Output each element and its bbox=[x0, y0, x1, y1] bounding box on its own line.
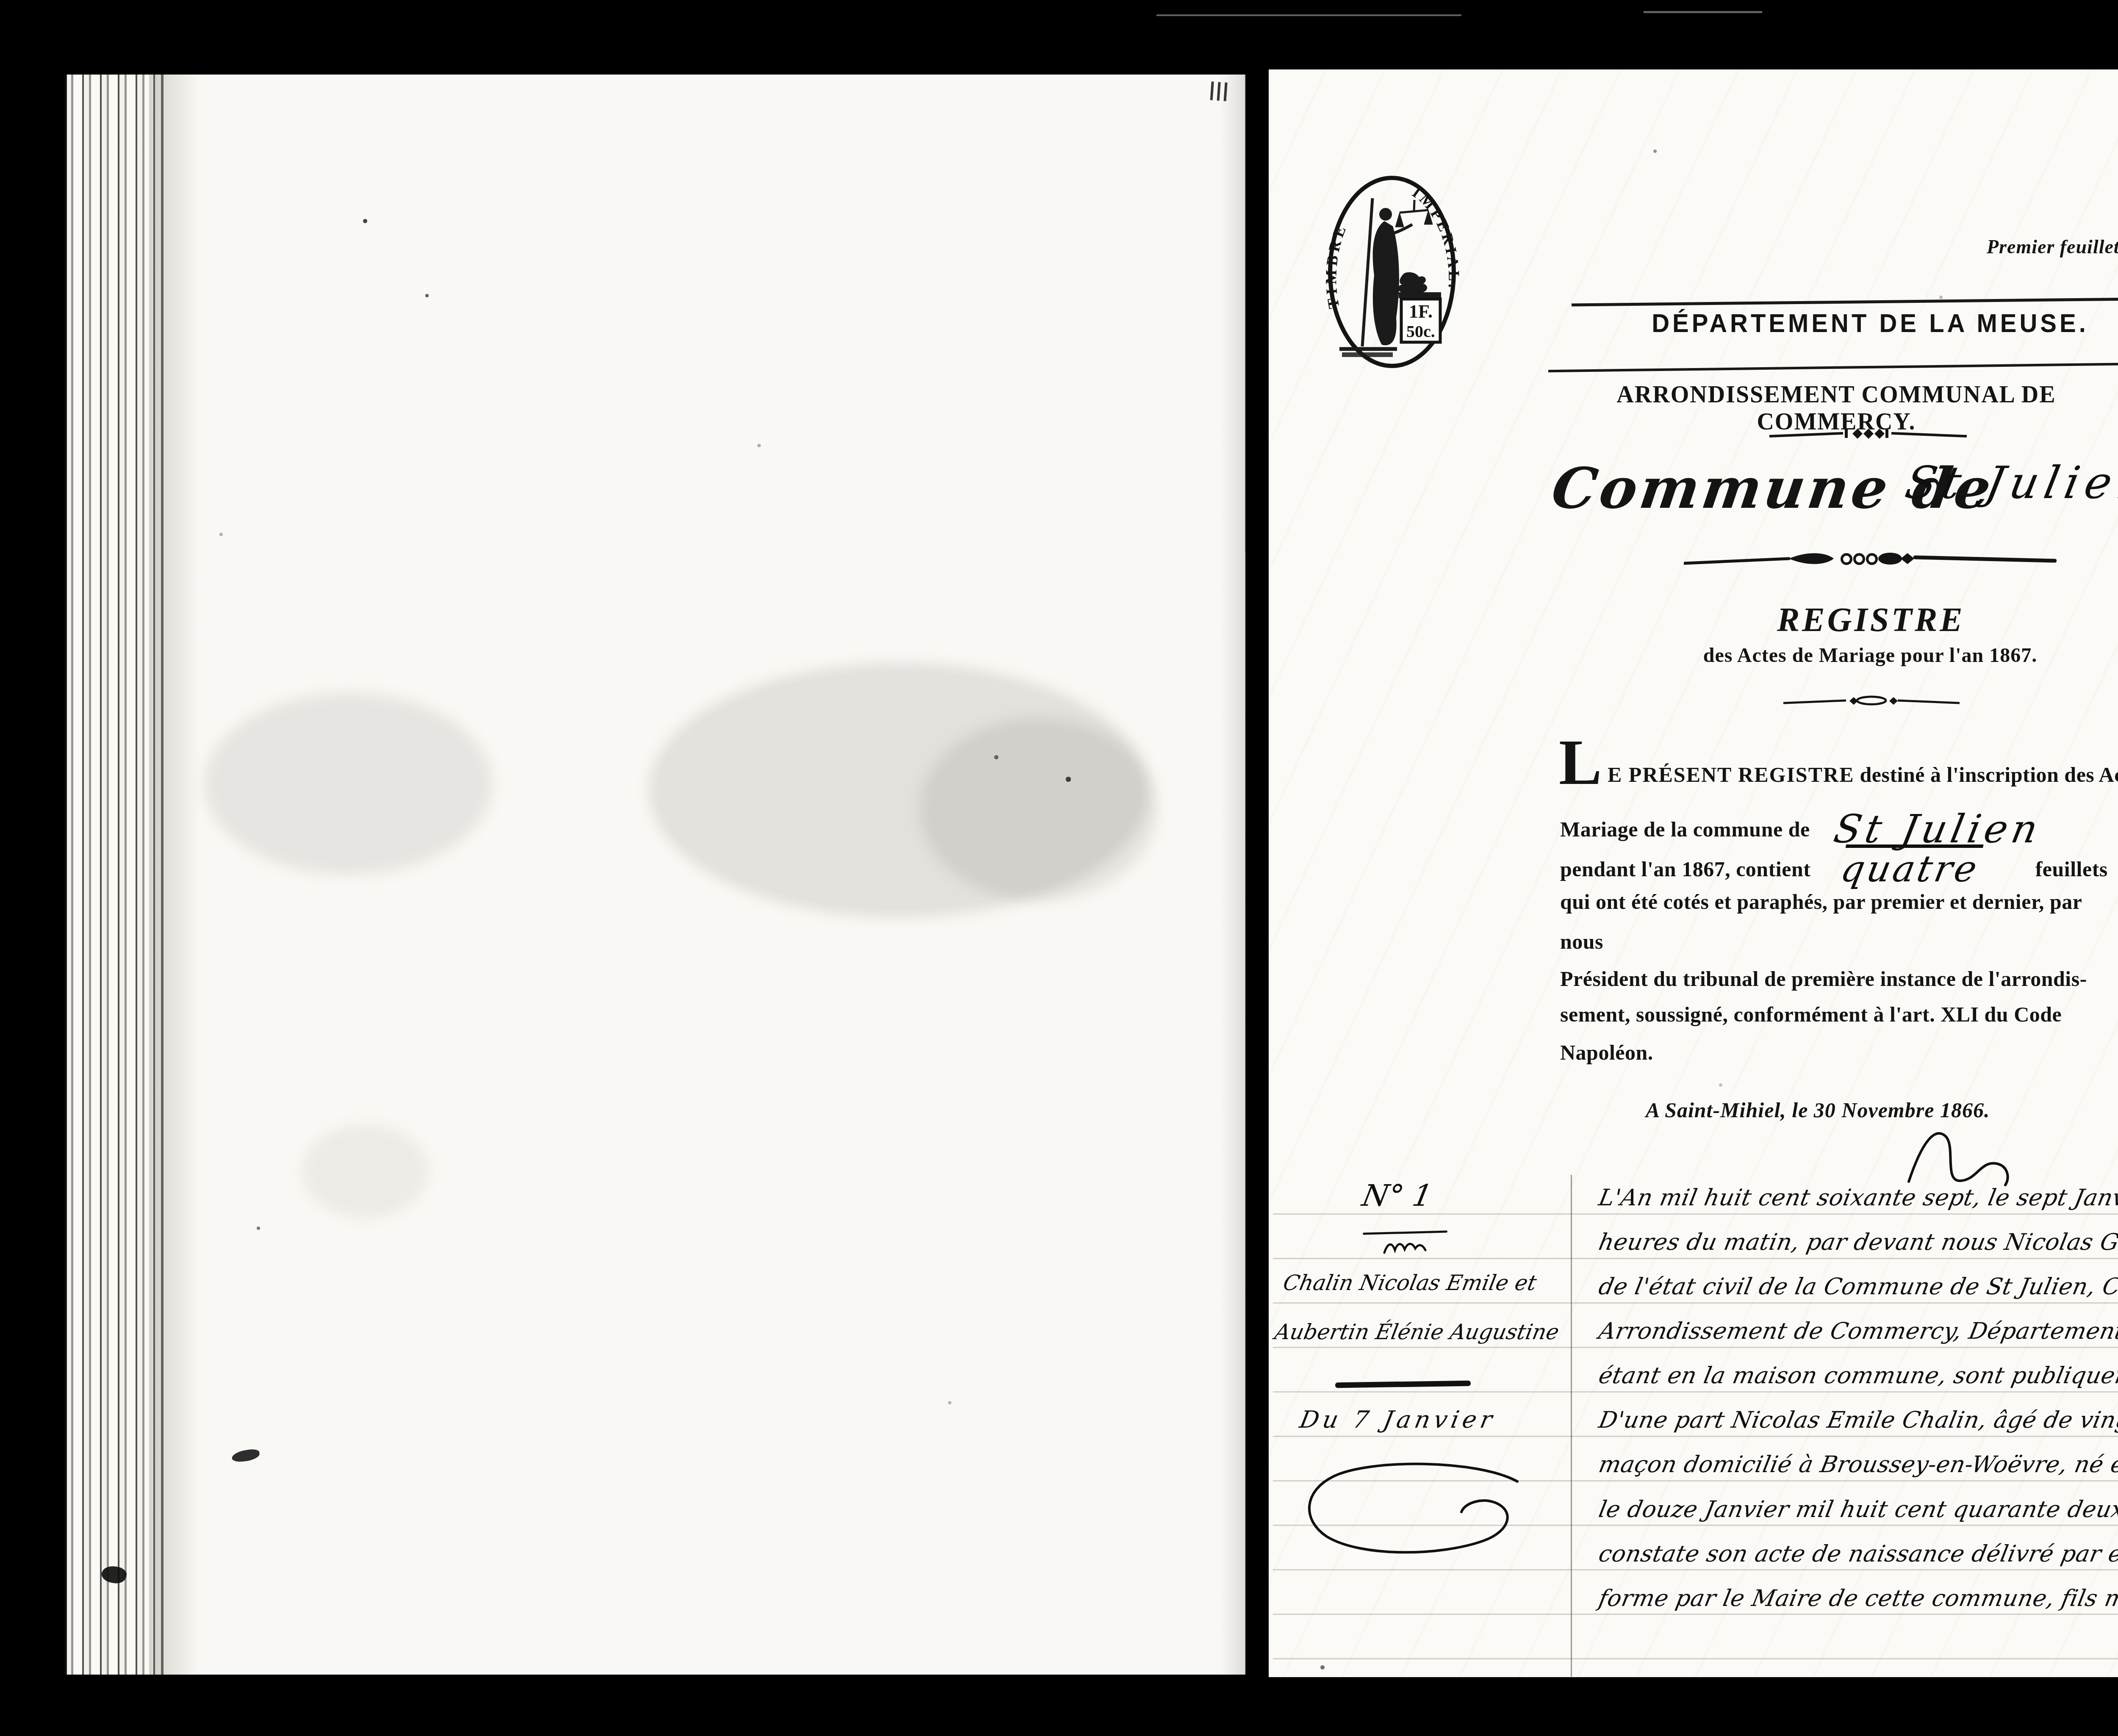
preamble-text: Mariage de la commune de bbox=[1560, 817, 1810, 841]
preamble-text: feuillets bbox=[2035, 857, 2108, 881]
sheet-number-note: Premier feuillet. bbox=[1987, 235, 2118, 258]
register-title: REGISTRE bbox=[1777, 601, 1963, 640]
preamble-line: Napoléon. bbox=[1560, 1040, 1653, 1065]
dust-specks bbox=[0, 0, 2, 2]
act-text-line: maçon domicilié à Broussey-en-Woëvre, né… bbox=[1597, 1451, 2118, 1478]
imperial-revenue-stamp-icon: TIMBRE IMPERIAL. 1F. 50c. bbox=[1325, 174, 1461, 371]
register-scan-canvas: { "palette": { "background": "#000000", … bbox=[0, 0, 2118, 1736]
margin-groom-name: Chalin Nicolas Emile et bbox=[1281, 1271, 1539, 1295]
sheet-count-handwritten: quatre bbox=[1838, 848, 1983, 890]
stamp-value-francs: 1F. bbox=[1409, 301, 1433, 322]
preamble-line: sement, soussigné, conformément à l'art.… bbox=[1560, 1002, 2062, 1027]
margin-separator-rule bbox=[1571, 1175, 1572, 1677]
stamp-value-centimes: 50c. bbox=[1406, 322, 1435, 341]
header-rule bbox=[1572, 297, 2118, 306]
act-text-line: Arrondissement de Commercy, Département … bbox=[1597, 1318, 2118, 1344]
book-gutter-fold bbox=[1246, 69, 1260, 557]
right-page: TIMBRE IMPERIAL. 1F. 50c. Premier feuill… bbox=[1269, 69, 2118, 1677]
register-subtitle: des Actes de Mariage pour l'an 1867. bbox=[1650, 644, 2090, 667]
divider-ornament bbox=[1769, 424, 1968, 443]
divider-ornament bbox=[1684, 547, 2057, 572]
preamble-smallcaps: E PRÉSENT REGISTRE bbox=[1608, 763, 1854, 786]
preamble-line: Mariage de la commune de St Julien bbox=[1560, 806, 2041, 852]
paper-smudge bbox=[920, 718, 1157, 900]
act-number: N° 1 bbox=[1359, 1178, 1435, 1213]
margin-bride-name: Aubertin Élénie Augustine bbox=[1272, 1320, 1561, 1344]
preamble-line: qui ont été cotés et paraphés, par premi… bbox=[1560, 889, 2082, 914]
department-heading: DÉPARTEMENT DE LA MEUSE. bbox=[1650, 308, 2090, 338]
svg-text:TIMBRE: TIMBRE bbox=[1325, 220, 1351, 310]
margin-squiggle-icon bbox=[1382, 1238, 1428, 1257]
act-text-line: D'une part Nicolas Emile Chalin, âgé de … bbox=[1597, 1407, 2118, 1433]
paper-smudge bbox=[302, 1125, 429, 1218]
paper-smudge bbox=[204, 693, 492, 875]
act-text-line: étant en la maison commune, sont publiqu… bbox=[1597, 1362, 2118, 1389]
margin-flourish-icon bbox=[1296, 1455, 1525, 1565]
preamble-text: destiné à l'inscription des Actes de bbox=[1860, 763, 2118, 786]
preamble-line: Président du tribunal de première instan… bbox=[1560, 966, 2087, 991]
header-rule bbox=[1548, 362, 2118, 372]
scan-scratch bbox=[1156, 14, 1461, 16]
act-text-line: le douze Janvier mil huit cent quarante … bbox=[1597, 1496, 2118, 1523]
scan-scratch bbox=[1644, 11, 1762, 13]
commune-name-handwritten: St Julien bbox=[1830, 806, 2046, 852]
commune-name-handwritten: St Julien bbox=[1901, 457, 2118, 509]
act-text-line: de l'état civil de la Commune de St Juli… bbox=[1597, 1273, 2118, 1300]
act-text-line: constate son acte de naissance délivré p… bbox=[1597, 1540, 2118, 1567]
preamble-line: E PRÉSENT REGISTRE destiné à l'inscripti… bbox=[1608, 762, 2118, 787]
margin-act-date: Du 7 Janvier bbox=[1297, 1406, 1498, 1434]
page-edge-fade bbox=[149, 75, 200, 1675]
page-edge-line bbox=[161, 75, 164, 1675]
stamp-arc-text-left: TIMBRE bbox=[1325, 220, 1351, 310]
left-page bbox=[64, 75, 1245, 1675]
preamble-dropcap: L bbox=[1559, 736, 1602, 789]
preamble-line: nous bbox=[1560, 929, 1603, 954]
book-gutter-fold bbox=[1250, 529, 1257, 1677]
page-stack-edges bbox=[64, 75, 160, 1675]
divider-ornament bbox=[1783, 692, 1960, 709]
act-text-line: L'An mil huit cent soixante sept, le sep… bbox=[1597, 1184, 2118, 1211]
act-text-line: heures du matin, par devant nous Nicolas… bbox=[1597, 1229, 2118, 1255]
preamble-text: pendant l'an 1867, contient bbox=[1560, 857, 1810, 881]
preamble-line: pendant l'an 1867, contient quatre feuil… bbox=[1560, 848, 2108, 890]
act-text-line: forme par le Maire de cette commune, fil… bbox=[1597, 1585, 2118, 1611]
ink-blot bbox=[231, 1448, 261, 1463]
